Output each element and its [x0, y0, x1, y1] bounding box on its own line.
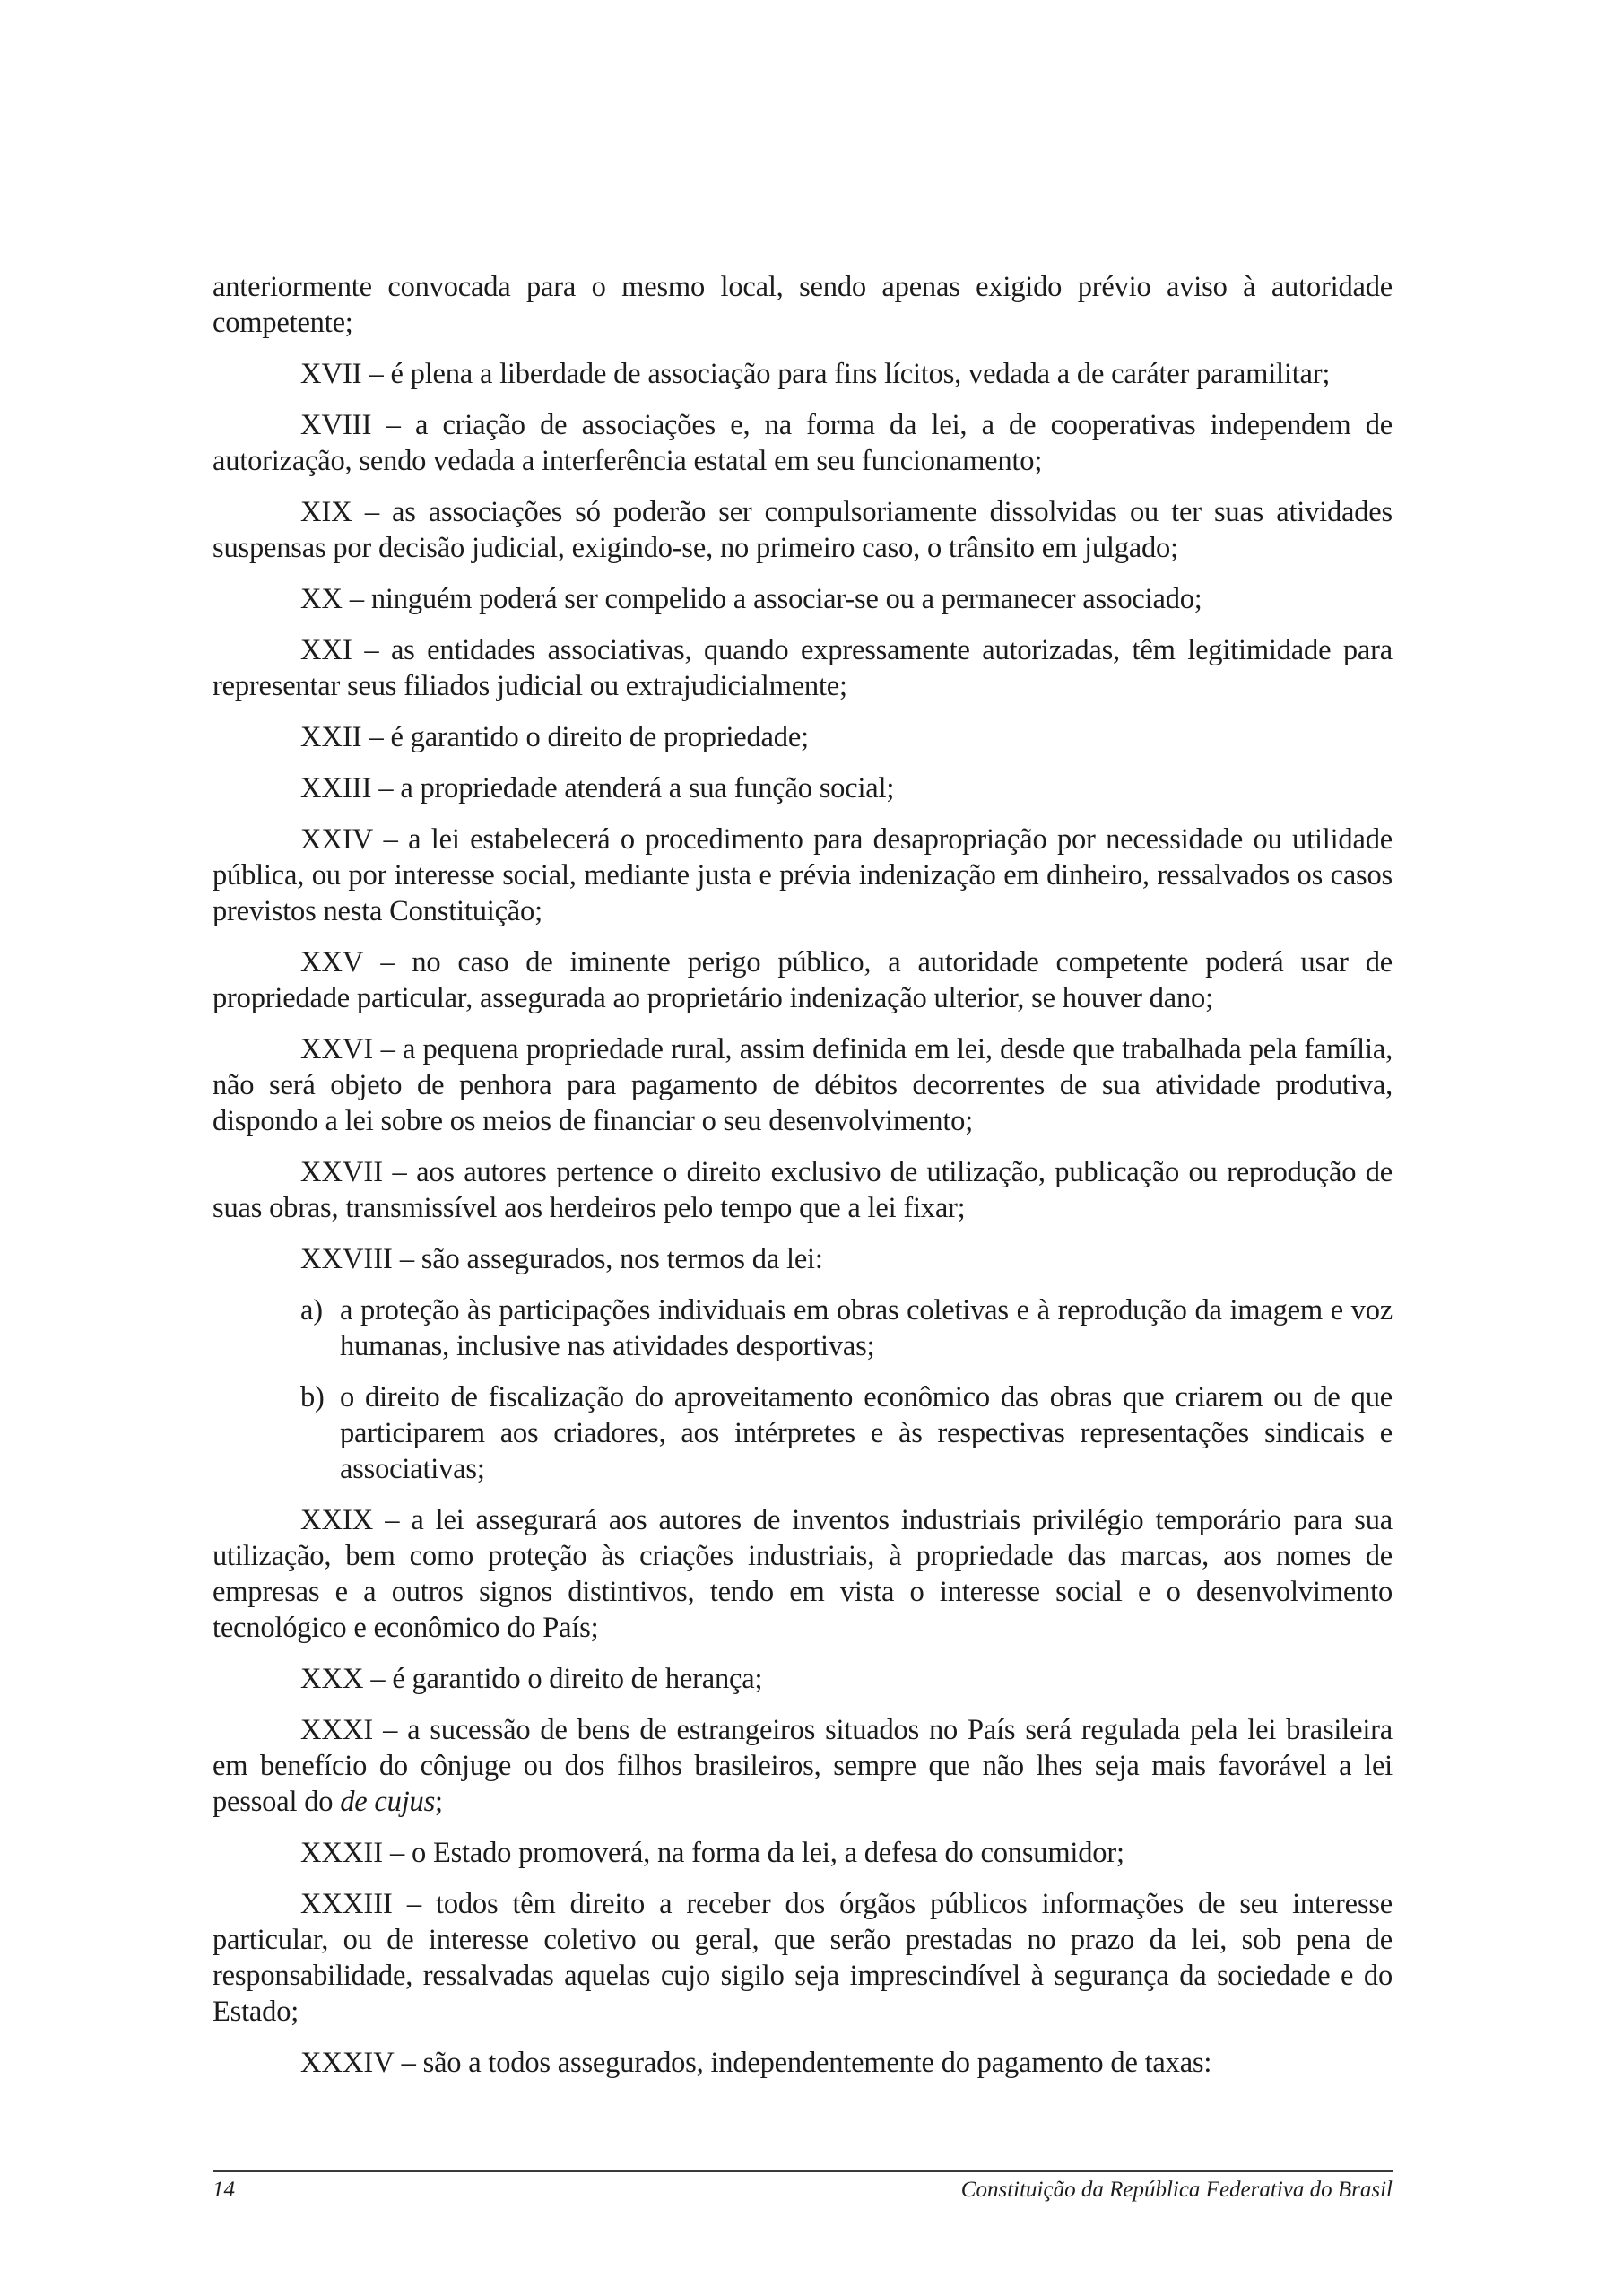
- item-number: XXXIV: [300, 2047, 395, 2079]
- item-text: é plena a liberdade de associação para f…: [391, 358, 1331, 390]
- latin-term: de cujus: [340, 1786, 435, 1818]
- running-title: Constituição da República Federativa do …: [961, 2178, 1393, 2203]
- dash: –: [362, 721, 391, 753]
- dash: –: [363, 946, 412, 978]
- item-text: o Estado promoverá, na forma da lei, a d…: [412, 1837, 1124, 1869]
- subitem-b: b)o direito de fiscalização do aproveita…: [300, 1379, 1393, 1487]
- item-number: XXVI: [300, 1033, 373, 1065]
- dash: –: [371, 772, 400, 804]
- item-xx: XX – ninguém poderá ser compelido a asso…: [213, 581, 1393, 617]
- dash: –: [373, 1504, 411, 1536]
- dash: –: [362, 358, 391, 390]
- dash: –: [352, 496, 392, 528]
- item-xxix: XXIX – a lei assegurará aos autores de i…: [213, 1502, 1393, 1646]
- item-text: é garantido o direito de herança;: [392, 1663, 762, 1695]
- item-xxviii: XXVIII – são assegurados, nos termos da …: [213, 1241, 1393, 1277]
- subitem-a: a)a proteção às participações individuai…: [300, 1292, 1393, 1364]
- intro-continuation: anteriormente convocada para o mesmo loc…: [213, 269, 1393, 341]
- dash: –: [371, 409, 415, 441]
- item-number: XXIII: [300, 772, 371, 804]
- dash: –: [352, 634, 391, 666]
- dash: –: [383, 1156, 416, 1188]
- item-number: XXXI: [300, 1714, 373, 1746]
- subitem-letter: b): [300, 1379, 340, 1415]
- dash: –: [393, 1888, 436, 1920]
- dash: –: [373, 823, 408, 856]
- subitem-text: o direito de fiscalização do aproveitame…: [340, 1381, 1393, 1485]
- item-number: XXVII: [300, 1156, 383, 1188]
- item-xix: XIX – as associações só poderão ser comp…: [213, 494, 1393, 566]
- item-xxxi: XXXI – a sucessão de bens de estrangeiro…: [213, 1712, 1393, 1820]
- item-text: é garantido o direito de propriedade;: [391, 721, 809, 753]
- item-text-end: ;: [435, 1786, 443, 1818]
- item-xxviii-sublist: a)a proteção às participações individuai…: [213, 1292, 1393, 1487]
- item-number: XXII: [300, 721, 362, 753]
- item-xxiii: XXIII – a propriedade atenderá a sua fun…: [213, 770, 1393, 806]
- item-text: são assegurados, nos termos da lei:: [421, 1243, 823, 1275]
- page-number: 14: [213, 2178, 235, 2203]
- item-number: XXIV: [300, 823, 373, 856]
- item-xxv: XXV – no caso de iminente perigo público…: [213, 944, 1393, 1016]
- document-body: anteriormente convocada para o mesmo loc…: [213, 269, 1393, 2096]
- item-text: são a todos assegurados, independentemen…: [423, 2047, 1212, 2079]
- page-footer: 14 Constituição da República Federativa …: [213, 2178, 1393, 2213]
- item-xxiv: XXIV – a lei estabelecerá o procedimento…: [213, 822, 1393, 929]
- item-xxxii: XXXII – o Estado promoverá, na forma da …: [213, 1835, 1393, 1871]
- item-xxx: XXX – é garantido o direito de herança;: [213, 1661, 1393, 1697]
- item-xvii: XVII – é plena a liberdade de associação…: [213, 356, 1393, 392]
- item-xxxiv: XXXIV – são a todos assegurados, indepen…: [213, 2045, 1393, 2081]
- item-number: XXVIII: [300, 1243, 393, 1275]
- item-text: ninguém poderá ser compelido a associar-…: [371, 583, 1202, 615]
- dash: –: [383, 1837, 412, 1869]
- dash: –: [395, 2047, 423, 2079]
- item-xxvi: XXVI – a pequena propriedade rural, assi…: [213, 1031, 1393, 1139]
- dash: –: [393, 1243, 421, 1275]
- item-number: XXX: [300, 1663, 363, 1695]
- item-number: XXIX: [300, 1504, 373, 1536]
- item-number: XVII: [300, 358, 362, 390]
- item-xxi: XXI – as entidades associativas, quando …: [213, 632, 1393, 704]
- item-number: XVIII: [300, 409, 371, 441]
- subitem-text: a proteção às participações individuais …: [340, 1294, 1393, 1362]
- item-number: XIX: [300, 496, 352, 528]
- dash: –: [373, 1714, 407, 1746]
- item-text: a propriedade atenderá a sua função soci…: [400, 772, 894, 804]
- footer-divider: [213, 2170, 1393, 2172]
- item-number: XXXIII: [300, 1888, 393, 1920]
- item-xxii: XXII – é garantido o direito de propried…: [213, 719, 1393, 755]
- dash: –: [343, 583, 371, 615]
- dash: –: [373, 1033, 403, 1065]
- item-xviii: XVIII – a criação de associações e, na f…: [213, 407, 1393, 479]
- item-number: XX: [300, 583, 343, 615]
- item-number: XXI: [300, 634, 352, 666]
- dash: –: [363, 1663, 392, 1695]
- item-xxvii: XXVII – aos autores pertence o direito e…: [213, 1154, 1393, 1226]
- item-xxxiii: XXXIII – todos têm direito a receber dos…: [213, 1886, 1393, 2030]
- subitem-letter: a): [300, 1292, 340, 1328]
- item-number: XXV: [300, 946, 363, 978]
- item-number: XXXII: [300, 1837, 383, 1869]
